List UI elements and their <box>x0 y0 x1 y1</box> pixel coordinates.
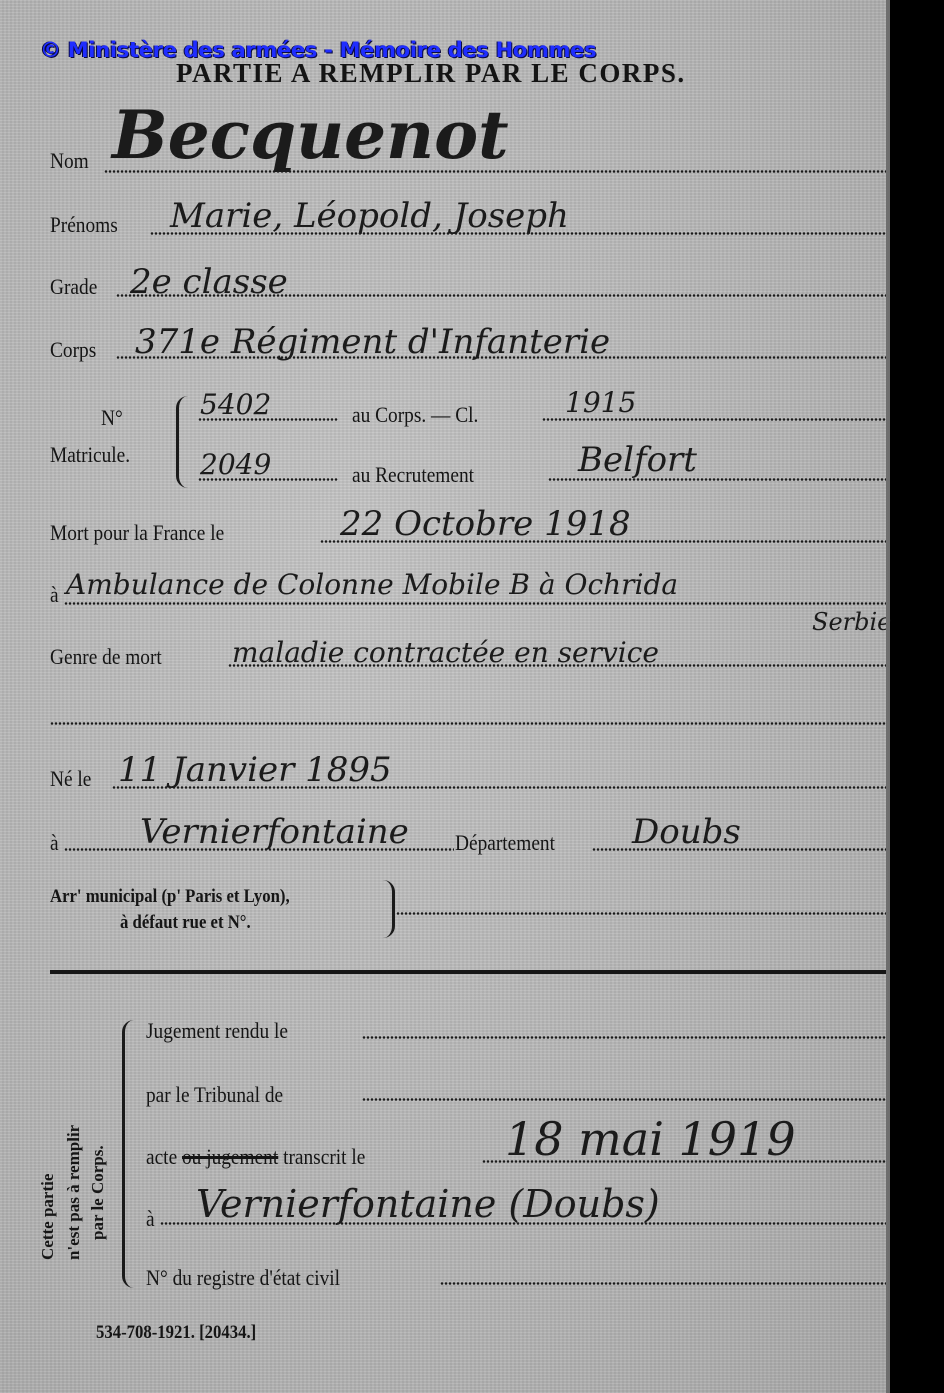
departement-value: Doubs <box>632 812 741 852</box>
grade-value: 2e classe <box>130 262 288 302</box>
ne-le-label: Né le <box>50 766 91 792</box>
tribunal-label: par le Tribunal de <box>146 1082 283 1108</box>
document-card: © Ministère des armées - Mémoire des Hom… <box>0 0 888 1393</box>
paper-edge <box>886 0 890 1393</box>
arrondissement-label-2: à défaut rue et N°. <box>120 912 251 934</box>
side-note-line-2: n'est pas à remplir <box>64 1125 84 1260</box>
transcrit-struck: ou jugement <box>182 1144 278 1169</box>
arrondissement-brace <box>378 880 395 938</box>
side-note-line-3: par le Corps. <box>88 1145 108 1240</box>
corps-label: Corps <box>50 337 96 363</box>
tribunal-line <box>362 1098 886 1101</box>
lieu-naissance-label: à <box>50 830 59 856</box>
transcrit-prefix: acte <box>146 1144 177 1169</box>
recrutement-place-value: Belfort <box>578 440 697 480</box>
lieu-mort-line <box>64 602 886 605</box>
lieu-mort-note: Serbie <box>812 608 891 636</box>
au-recrutement-label: au Recrutement <box>352 462 474 488</box>
jugement-label: Jugement rendu le <box>146 1018 288 1044</box>
nom-label: Nom <box>50 148 89 174</box>
matricule-label: Matricule. <box>50 442 130 468</box>
civil-side-note: Cette partie n'est pas à remplir par le … <box>30 1060 130 1270</box>
matricule-brace <box>176 396 193 488</box>
lieu-naissance-value: Vernierfontaine <box>140 812 409 852</box>
corps-value: 371e Régiment d'Infanterie <box>135 322 610 362</box>
section-divider <box>50 970 886 974</box>
civil-section-brace <box>122 1020 139 1288</box>
grade-label: Grade <box>50 274 97 300</box>
nom-value: Becquenot <box>112 96 509 174</box>
side-note-line-1: Cette partie <box>38 1174 58 1260</box>
classe-value: 1915 <box>565 386 636 419</box>
registre-label: N° du registre d'état civil <box>146 1265 340 1291</box>
arrondissement-label-1: Arr' municipal (p' Paris et Lyon), <box>50 886 290 908</box>
matricule-no-label: N° <box>101 405 123 431</box>
mort-label: Mort pour la France le <box>50 520 224 546</box>
prenoms-label: Prénoms <box>50 212 118 238</box>
departement-label: Département <box>455 830 555 856</box>
prenoms-value: Marie, Léopold, Joseph <box>170 196 569 236</box>
mort-date-value: 22 Octobre 1918 <box>340 504 631 544</box>
civil-lieu-value: Vernierfontaine (Doubs) <box>196 1182 660 1226</box>
recrutement-number-value: 2049 <box>200 448 271 481</box>
copyright-watermark: © Ministère des armées - Mémoire des Hom… <box>40 38 596 62</box>
au-corps-label: au Corps. — Cl. <box>352 402 478 428</box>
lieu-mort-value: Ambulance de Colonne Mobile B à Ochrida <box>66 568 678 601</box>
genre-mort-value: maladie contractée en service <box>232 636 659 669</box>
form-heading: PARTIE A REMPLIR PAR LE CORPS. <box>176 58 686 89</box>
ne-le-value: 11 Janvier 1895 <box>118 750 392 790</box>
jugement-line <box>362 1036 886 1039</box>
arrondissement-line <box>396 912 886 915</box>
transcrit-suffix: transcrit le <box>283 1144 365 1169</box>
print-code: 534-708-1921. [20434.] <box>96 1322 256 1344</box>
genre-mort-label: Genre de mort <box>50 644 162 670</box>
civil-lieu-label: à <box>146 1206 155 1232</box>
lieu-mort-label: à <box>50 582 59 608</box>
transcrit-date-value: 18 mai 1919 <box>505 1112 796 1166</box>
genre-mort-extra-line <box>50 722 886 725</box>
corps-number-value: 5402 <box>200 388 271 421</box>
registre-line <box>440 1282 886 1285</box>
transcrit-label: acte ou jugement transcrit le <box>146 1144 365 1170</box>
